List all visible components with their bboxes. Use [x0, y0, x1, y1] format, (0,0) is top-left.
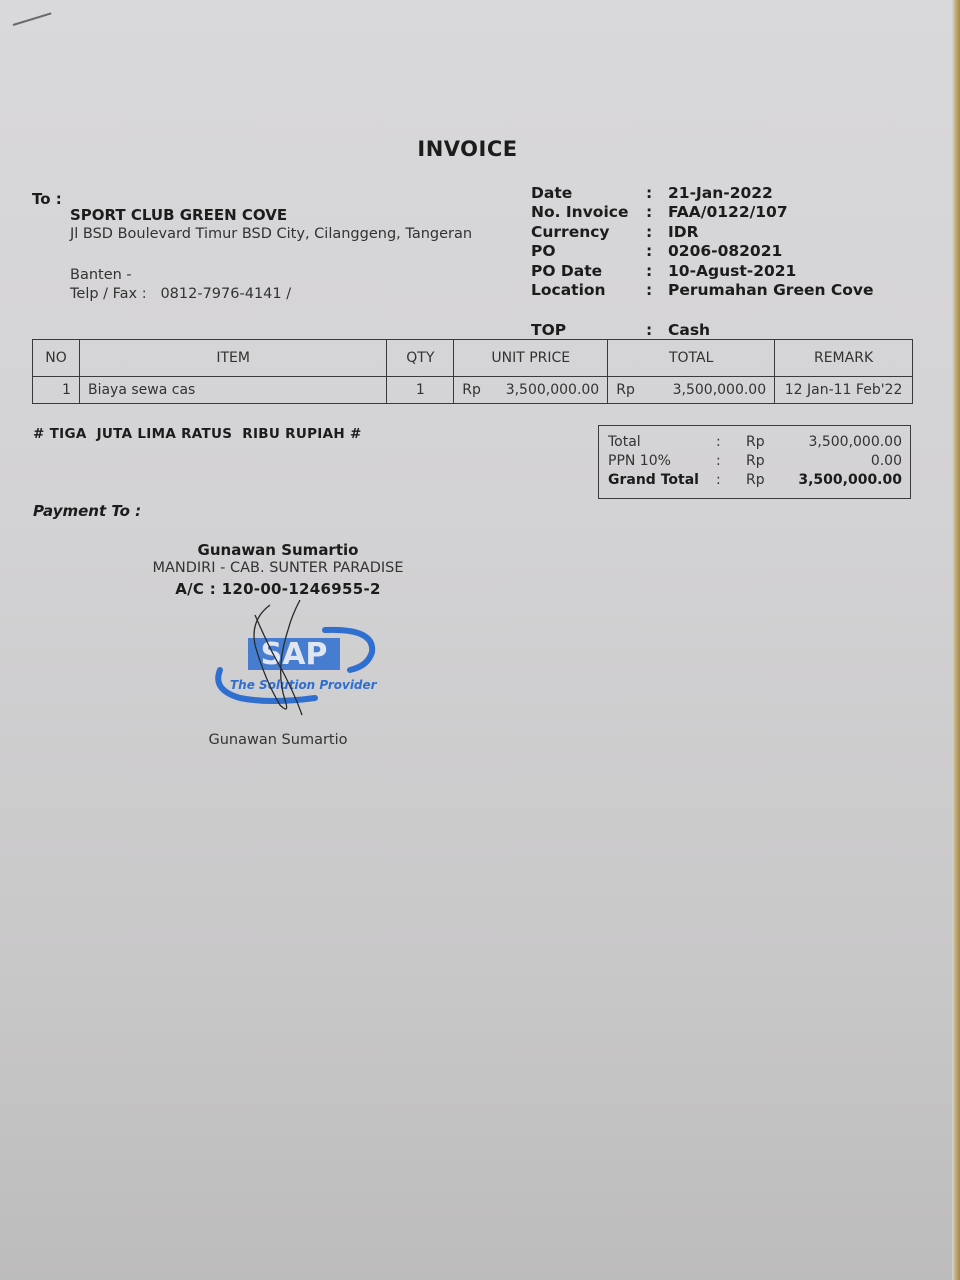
total-currency: Rp	[616, 382, 635, 398]
meta-sep: :	[646, 281, 668, 299]
header-qty: QTY	[387, 340, 454, 377]
payee-account: A/C : 120-00-1246955-2	[126, 580, 430, 598]
bill-to-label: To :	[32, 190, 62, 208]
stamp-logo-icon: SAP The Solution Provider	[218, 630, 377, 701]
header-unit-price: UNIT PRICE	[454, 340, 608, 377]
meta-label: TOP	[531, 321, 646, 339]
meta-value: IDR	[668, 223, 699, 241]
meta-label: Currency	[531, 223, 646, 241]
meta-value: 21-Jan-2022	[668, 184, 773, 202]
summary-sep: :	[716, 472, 746, 488]
meta-value: Perumahan Green Cove	[668, 281, 874, 299]
meta-date: Date : 21-Jan-2022	[531, 183, 874, 203]
cell-item: Biaya sewa cas	[79, 377, 386, 404]
cell-remark: 12 Jan-11 Feb'22	[775, 377, 913, 404]
summary-sep: :	[716, 434, 746, 450]
meta-sep: :	[646, 203, 668, 221]
cell-qty: 1	[387, 377, 454, 404]
meta-sep: :	[646, 184, 668, 202]
summary-currency: Rp	[746, 453, 786, 469]
cell-total: Rp 3,500,000.00	[608, 377, 775, 404]
payment-to-label: Payment To :	[33, 502, 141, 520]
meta-label: Location	[531, 281, 646, 299]
cell-unit-price: Rp 3,500,000.00	[454, 377, 608, 404]
invoice-meta: Date : 21-Jan-2022 No. Invoice : FAA/012…	[531, 183, 874, 340]
meta-value: Cash	[668, 321, 710, 339]
total-value: 3,500,000.00	[673, 382, 767, 398]
meta-label: PO Date	[531, 262, 646, 280]
header-remark: REMARK	[775, 340, 913, 377]
unit-currency: Rp	[462, 382, 481, 398]
meta-label: Date	[531, 184, 646, 202]
summary-label: Total	[608, 434, 716, 450]
cell-no: 1	[33, 377, 80, 404]
paper-edge	[952, 0, 960, 1280]
client-address: Jl BSD Boulevard Timur BSD City, Cilangg…	[70, 226, 472, 242]
meta-sep: :	[646, 223, 668, 241]
unit-price-value: 3,500,000.00	[506, 382, 600, 398]
summary-value: 3,500,000.00	[786, 472, 902, 488]
stamp-logo-text: SAP	[261, 637, 328, 672]
summary-box: Total : Rp 3,500,000.00 PPN 10% : Rp 0.0…	[598, 425, 911, 499]
header-total: TOTAL	[608, 340, 775, 377]
meta-label: No. Invoice	[531, 203, 646, 221]
summary-grand-total: Grand Total : Rp 3,500,000.00	[608, 472, 902, 488]
meta-currency: Currency : IDR	[531, 222, 874, 242]
header-no: NO	[33, 340, 80, 377]
client-name: SPORT CLUB GREEN COVE	[70, 206, 287, 224]
summary-value: 3,500,000.00	[786, 434, 902, 450]
summary-ppn: PPN 10% : Rp 0.00	[608, 453, 902, 469]
summary-value: 0.00	[786, 453, 902, 469]
signatory-name: Gunawan Sumartio	[126, 732, 430, 748]
meta-po: PO : 0206-082021	[531, 242, 874, 262]
pen-mark	[13, 12, 52, 26]
amount-in-words: # TIGA JUTA LIMA RATUS RIBU RUPIAH #	[33, 426, 362, 442]
company-stamp: SAP The Solution Provider	[210, 600, 385, 720]
summary-label: PPN 10%	[608, 453, 716, 469]
payee-name: Gunawan Sumartio	[126, 541, 430, 559]
meta-label: PO	[531, 242, 646, 260]
meta-value: 0206-082021	[668, 242, 782, 260]
summary-currency: Rp	[746, 434, 786, 450]
stamp-tagline: The Solution Provider	[230, 678, 378, 692]
items-table: NO ITEM QTY UNIT PRICE TOTAL REMARK 1 Bi…	[32, 339, 913, 404]
meta-po-date: PO Date : 10-Agust-2021	[531, 261, 874, 281]
meta-value: FAA/0122/107	[668, 203, 788, 221]
meta-top: TOP : Cash	[531, 320, 874, 340]
header-item: ITEM	[79, 340, 386, 377]
meta-invoice-no: No. Invoice : FAA/0122/107	[531, 203, 874, 223]
payee-bank: MANDIRI - CAB. SUNTER PARADISE	[126, 560, 430, 576]
summary-total: Total : Rp 3,500,000.00	[608, 434, 902, 450]
meta-value: 10-Agust-2021	[668, 262, 796, 280]
meta-location: Location : Perumahan Green Cove	[531, 281, 874, 301]
invoice-title: INVOICE	[0, 137, 935, 161]
summary-currency: Rp	[746, 472, 786, 488]
meta-sep: :	[646, 262, 668, 280]
table-row: 1 Biaya sewa cas 1 Rp 3,500,000.00 Rp 3,…	[33, 377, 913, 404]
summary-sep: :	[716, 453, 746, 469]
meta-sep: :	[646, 242, 668, 260]
meta-sep: :	[646, 321, 668, 339]
summary-label: Grand Total	[608, 472, 716, 488]
client-phone: Telp / Fax : 0812-7976-4141 /	[70, 286, 291, 302]
client-region: Banten -	[70, 267, 132, 283]
table-header-row: NO ITEM QTY UNIT PRICE TOTAL REMARK	[33, 340, 913, 377]
